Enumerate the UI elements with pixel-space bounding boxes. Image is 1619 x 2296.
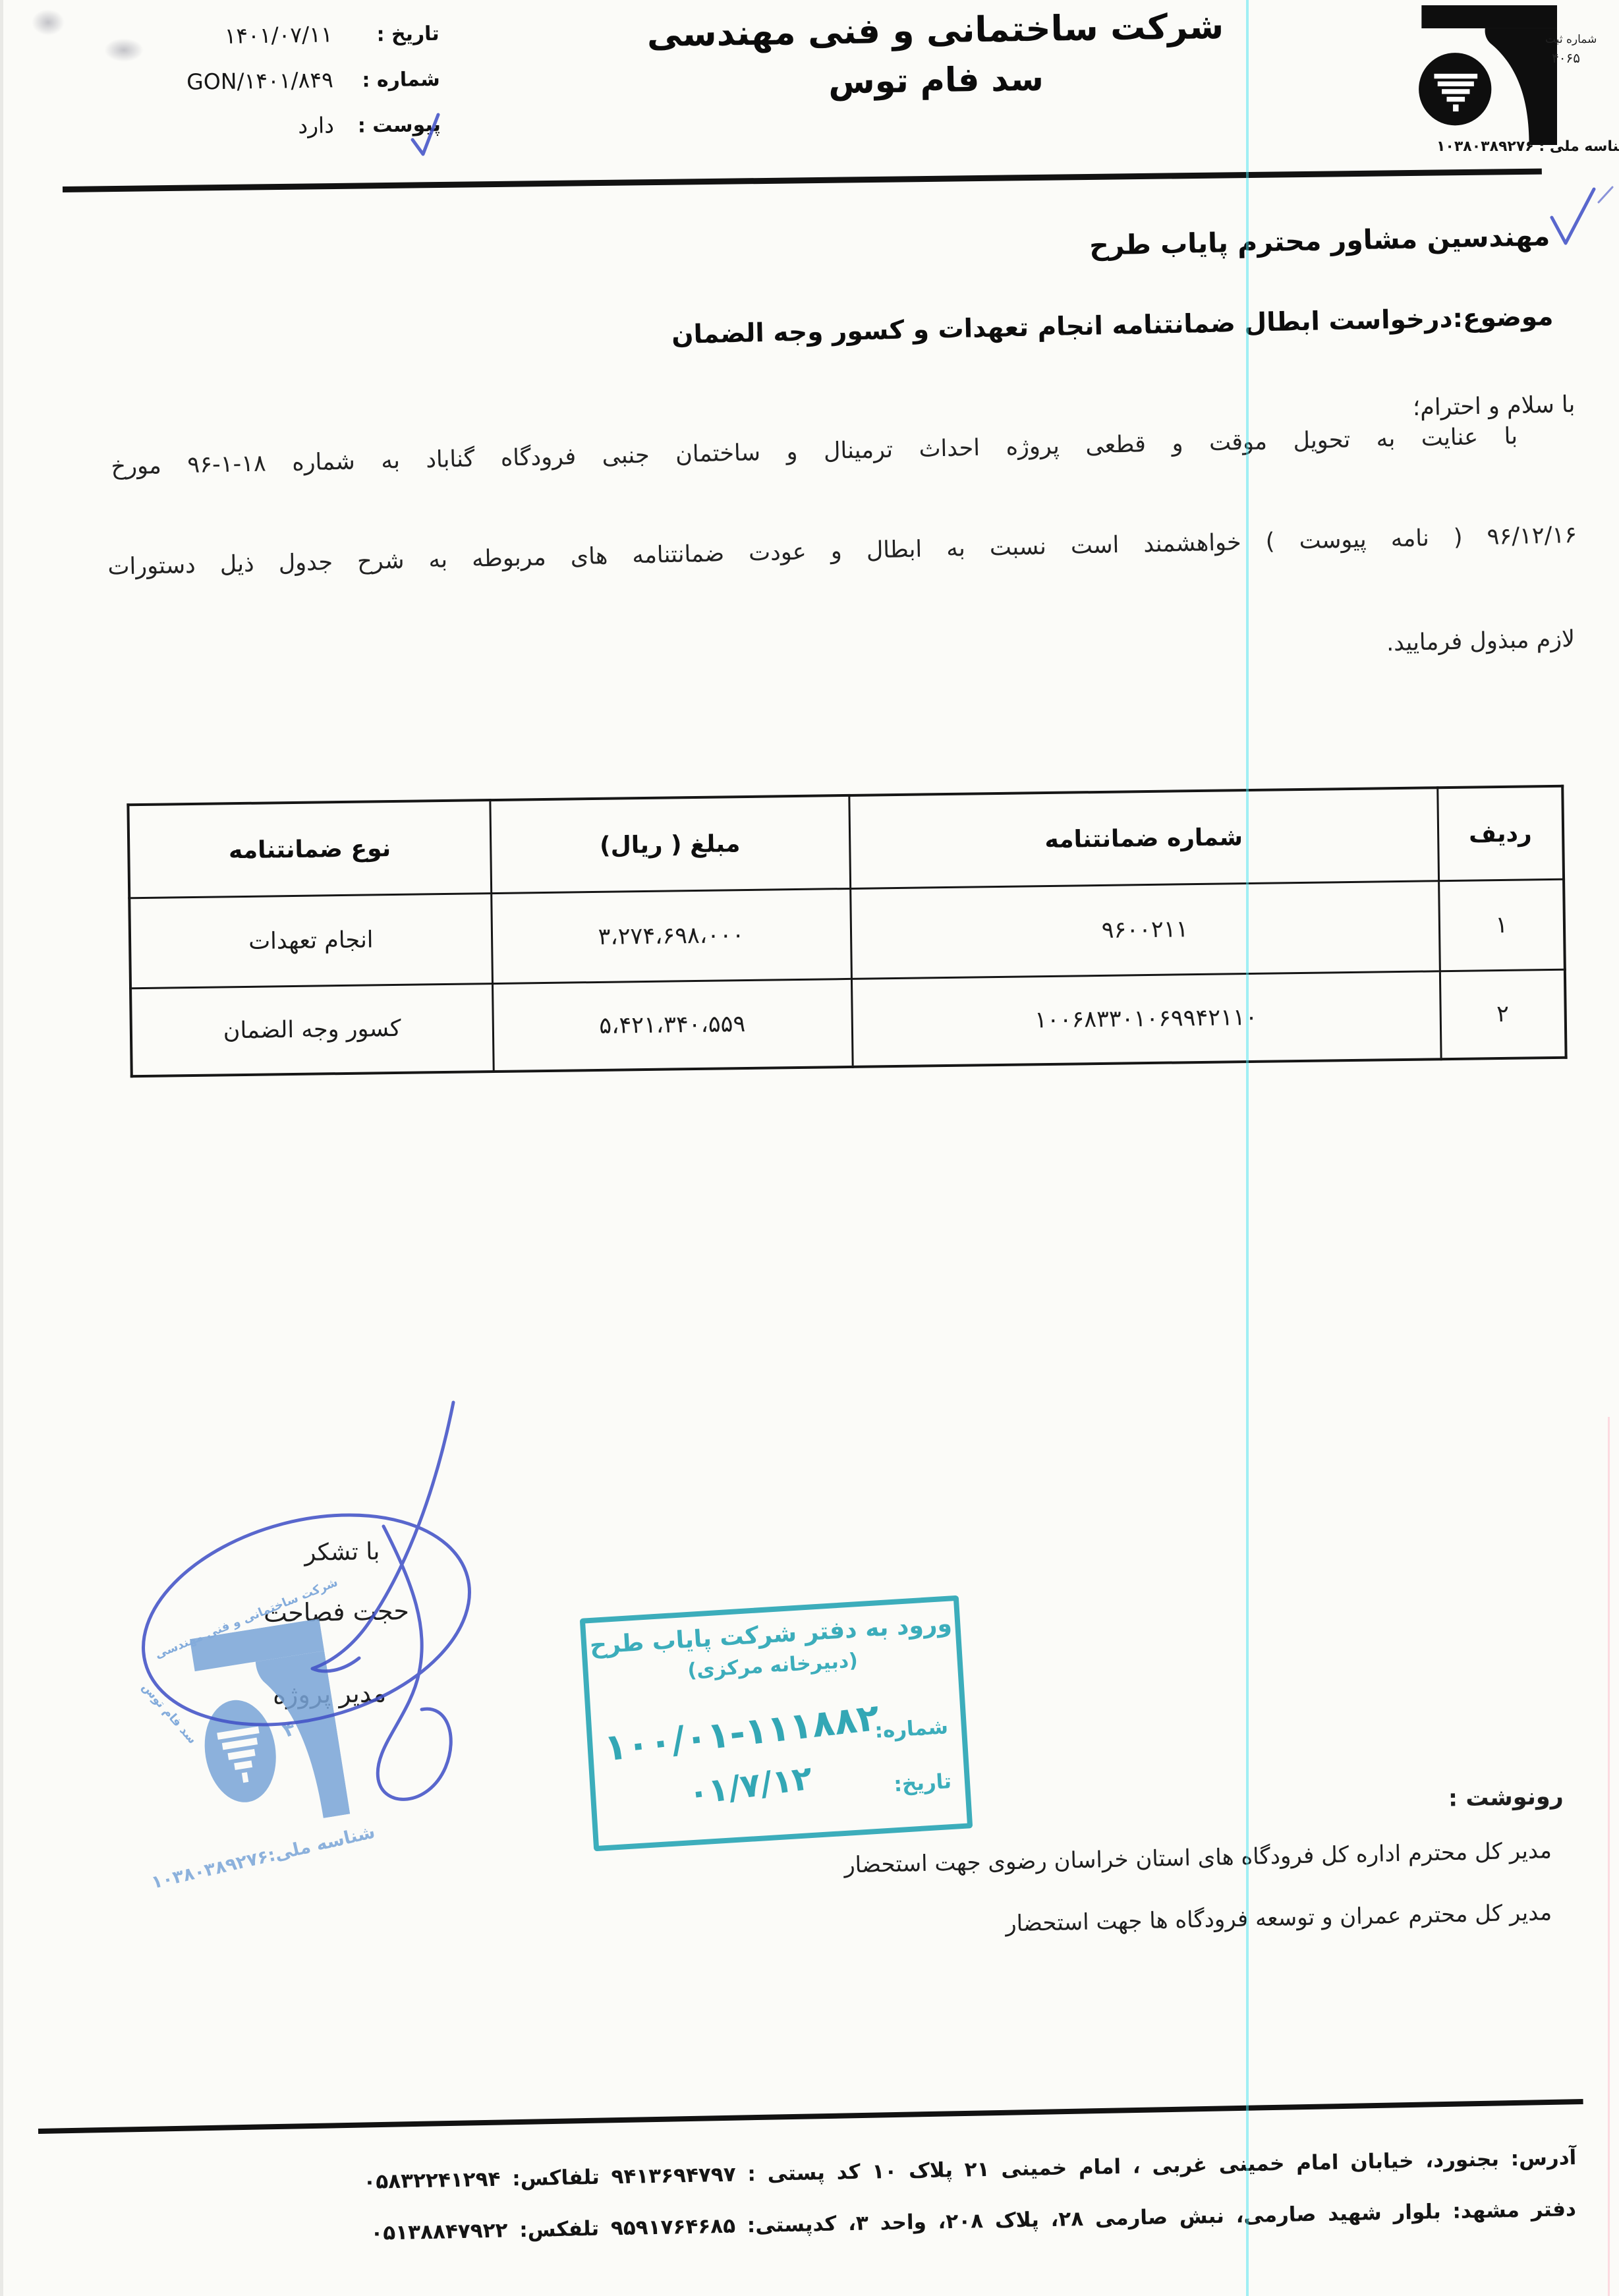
attachment-value: دارد <box>298 112 334 138</box>
number-value: GON/۱۴۰۱/۸۴۹ <box>186 67 333 94</box>
cc-item: مدیر کل محترم اداره کل فرودگاه های استان… <box>844 1837 1552 1878</box>
recipient-line: مهندسین مشاور محترم پایاب طرح <box>1089 220 1550 262</box>
entry-stamp-date-label: تاریخ: <box>893 1769 952 1796</box>
logo-registration-number: ۴۰۶۵ <box>1552 50 1580 66</box>
scanned-letter-page: تاریخ : ۱۴۰۱/۰۷/۱۱ شماره : GON/۱۴۰۱/۸۴۹ … <box>0 0 1619 2296</box>
col-header-index: ردیف <box>1437 786 1564 881</box>
company-name-line2: سد فام توس <box>633 57 1239 105</box>
cc-item: مدیر کل محترم عمران و توسعه فرودگاه ها ج… <box>1006 1899 1552 1937</box>
cell-guarantee-number: ۹۶۰۰۲۱۱ <box>850 881 1440 979</box>
scan-smudge <box>104 38 144 62</box>
cell-type: انجام تعهدات <box>129 894 492 989</box>
scan-edge-shadow <box>0 0 3 2296</box>
closing-line: با تشکر <box>304 1538 380 1566</box>
scanner-streak <box>1246 0 1249 2296</box>
scan-smudge <box>32 9 65 36</box>
entry-stamp-number-label: شماره: <box>874 1715 948 1743</box>
cell-guarantee-number: ۱۰۰۶۸۳۳۰۱۰۶۹۹۴۲۱۱۰ <box>851 971 1441 1067</box>
salutation-line: با سلام و احترام؛ <box>1412 391 1575 421</box>
seal-arc-text-side: سد فام توس <box>139 1680 199 1747</box>
company-seal-stamp: شرکت ساختمانی و فنی مهندسی سد فام توس ۴۰… <box>127 1601 382 1889</box>
footer-divider-rule <box>38 2099 1583 2134</box>
attachment-label: پیوست : <box>337 113 441 138</box>
table-row: ۲ ۱۰۰۶۸۳۳۰۱۰۶۹۹۴۲۱۱۰ ۵،۴۲۱،۳۴۰،۵۵۹ کسور … <box>130 969 1566 1076</box>
logo-national-id: شناسه ملی : ۱۰۳۸۰۳۸۹۲۷۶ <box>1436 138 1619 155</box>
company-name-line1: شرکت ساختمانی و فنی مهندسی <box>632 7 1239 55</box>
scanner-edge-streak <box>1608 1417 1610 2296</box>
number-label: شماره : <box>336 68 441 92</box>
footer-address-line-1: آدرس: بجنورد، خیابان امام خمینی غربی ، ا… <box>363 2146 1577 2194</box>
cell-index: ۱ <box>1438 879 1565 971</box>
company-logo-icon <box>1412 5 1562 145</box>
number-row: شماره : GON/۱۴۰۱/۸۴۹ <box>84 65 440 116</box>
company-name-block: شرکت ساختمانی و فنی مهندسی سد فام توس <box>632 7 1239 105</box>
company-logo: شماره ثبت ۴۰۶۵ شناسه ملی : ۱۰۳۸۰۳۸۹۲۷۶ <box>1400 3 1619 171</box>
col-header-guarantee-number: شماره ضمانتنامه <box>849 788 1438 888</box>
subject-line: موضوع:درخواست ابطال ضمانتنامه انجام تعهد… <box>671 302 1553 350</box>
cell-amount: ۳،۲۷۴،۶۹۸،۰۰۰ <box>491 888 851 983</box>
cell-type: کسور وجه الضمان <box>130 984 494 1077</box>
body-line-3: لازم مبذول فرمایید. <box>1386 626 1576 656</box>
date-value: ۱۴۰۱/۰۷/۱۱ <box>224 21 333 49</box>
cc-title: رونوشت : <box>1448 1783 1564 1812</box>
footer-address-line-2: دفتر مشهد: بلوار شهید صارمی، نبش صارمی ۲… <box>370 2197 1576 2245</box>
entry-stamp: ورود به دفتر شرکت پایاب طرح (دبیرخانه مر… <box>580 1595 973 1852</box>
date-label: تاریخ : <box>335 22 440 47</box>
guarantees-table: ردیف شماره ضمانتنامه مبلغ ( ریال) نوع ضم… <box>127 785 1567 1078</box>
body-line-1: با عنایت به تحویل موقت و قطعی پروژه احدا… <box>111 423 1518 480</box>
body-line-2: ۹۶/۱۲/۱۶ ( نامه پیوست ) خواهشمند است نسب… <box>107 522 1577 581</box>
table-header-row: ردیف شماره ضمانتنامه مبلغ ( ریال) نوع ضم… <box>128 786 1564 898</box>
seal-national-id: شناسه ملی:۱۰۳۸۰۳۸۹۲۷۶ <box>154 1822 377 1892</box>
attachment-row: پیوست : دارد <box>85 111 441 161</box>
cell-index: ۲ <box>1440 969 1566 1059</box>
logo-registration-label: شماره ثبت <box>1545 33 1597 46</box>
col-header-amount: مبلغ ( ریال) <box>490 795 850 894</box>
col-header-type: نوع ضمانتنامه <box>128 800 491 898</box>
cell-amount: ۵،۴۲۱،۳۴۰،۵۵۹ <box>492 979 853 1072</box>
stray-pen-stroke <box>1599 187 1612 202</box>
recipient-checkmark-icon <box>1552 189 1594 243</box>
header-divider-rule <box>63 169 1542 192</box>
